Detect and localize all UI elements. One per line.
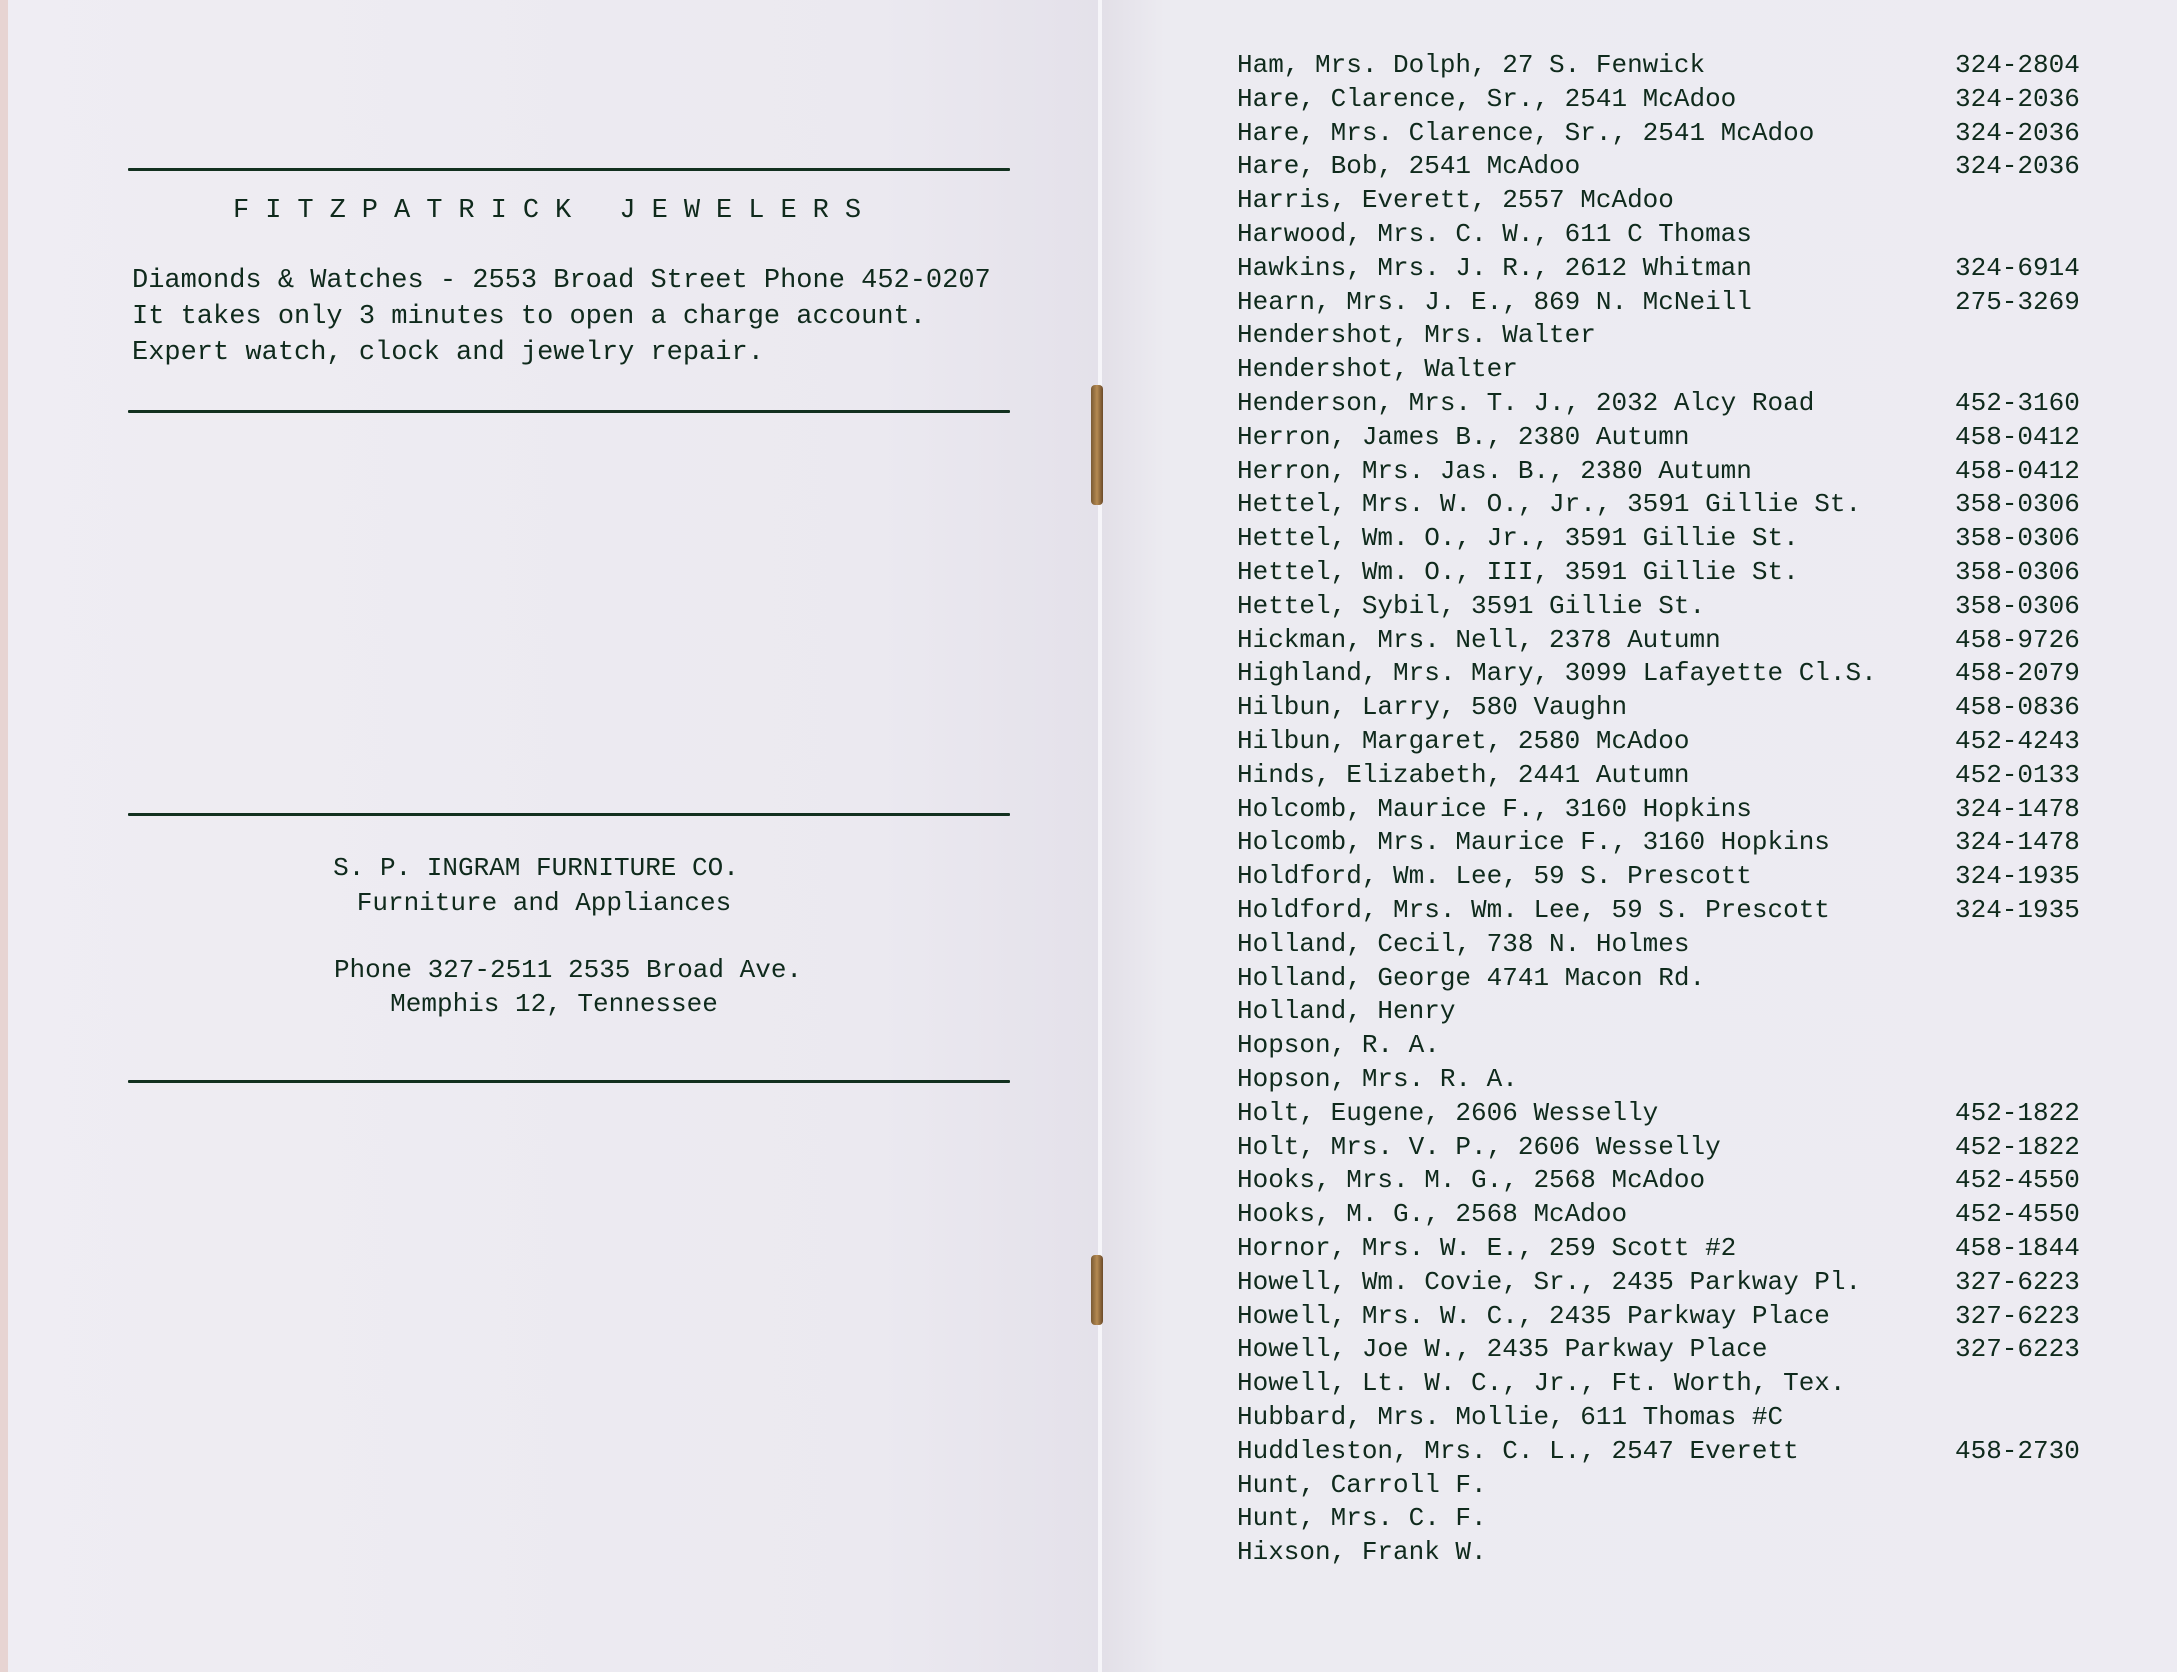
directory-row: Hare, Clarence, Sr., 2541 McAdoo324-2036 (1237, 84, 2117, 118)
directory-entry: Howell, Wm. Covie, Sr., 2435 Parkway Pl. (1237, 1267, 1861, 1297)
directory-entry: Holdford, Mrs. Wm. Lee, 59 S. Prescott (1237, 895, 1830, 925)
directory-entry: Ham, Mrs. Dolph, 27 S. Fenwick (1237, 50, 1705, 80)
directory-entry: Hettel, Wm. O., III, 3591 Gillie St. (1237, 557, 1799, 587)
directory-row: Highland, Mrs. Mary, 3099 Lafayette Cl.S… (1237, 658, 2117, 692)
directory-phone: 452-4550 (1955, 1199, 2080, 1229)
directory-phone: 452-1822 (1955, 1132, 2080, 1162)
directory-row: Holdford, Mrs. Wm. Lee, 59 S. Prescott32… (1237, 895, 2117, 929)
ad-line: Phone 327-2511 2535 Broad Ave. (18, 955, 1118, 985)
directory-row: Howell, Mrs. W. C., 2435 Parkway Place32… (1237, 1301, 2117, 1335)
directory-entry: Henderson, Mrs. T. J., 2032 Alcy Road (1237, 388, 1814, 418)
directory-phone: 458-1844 (1955, 1233, 2080, 1263)
left-page: FITZPATRICK JEWELERS Diamonds & Watches … (0, 0, 1100, 1672)
directory-entry: Holcomb, Maurice F., 3160 Hopkins (1237, 794, 1752, 824)
directory-entry: Hunt, Carroll F. (1237, 1470, 1487, 1500)
divider-rule (128, 1080, 1010, 1083)
directory-phone: 358-0306 (1955, 523, 2080, 553)
directory-row: Hooks, M. G., 2568 McAdoo452-4550 (1237, 1199, 2117, 1233)
directory-phone: 452-4243 (1955, 726, 2080, 756)
ad-title-fitzpatrick: FITZPATRICK JEWELERS (233, 196, 877, 226)
directory-row: Hickman, Mrs. Nell, 2378 Autumn458-9726 (1237, 625, 2117, 659)
directory-entry: Hubbard, Mrs. Mollie, 611 Thomas #C (1237, 1402, 1783, 1432)
directory-phone: 452-0133 (1955, 760, 2080, 790)
directory-entry: Howell, Lt. W. C., Jr., Ft. Worth, Tex. (1237, 1368, 1846, 1398)
directory-phone: 458-9726 (1955, 625, 2080, 655)
ad-title-ingram: S. P. INGRAM FURNITURE CO. (0, 853, 1086, 883)
divider-rule (128, 410, 1010, 413)
directory-entry: Hornor, Mrs. W. E., 259 Scott #2 (1237, 1233, 1736, 1263)
directory-entry: Hettel, Wm. O., Jr., 3591 Gillie St. (1237, 523, 1799, 553)
directory-phone: 327-6223 (1955, 1267, 2080, 1297)
directory-row: Henderson, Mrs. T. J., 2032 Alcy Road452… (1237, 388, 2117, 422)
directory-entry: Howell, Mrs. W. C., 2435 Parkway Place (1237, 1301, 1830, 1331)
directory-row: Holland, Cecil, 738 N. Holmes (1237, 929, 2117, 963)
directory-phone: 324-1478 (1955, 827, 2080, 857)
directory-entry: Hawkins, Mrs. J. R., 2612 Whitman (1237, 253, 1752, 283)
directory-phone: 324-2036 (1955, 151, 2080, 181)
directory-row: Hare, Bob, 2541 McAdoo324-2036 (1237, 151, 2117, 185)
directory-row: Herron, James B., 2380 Autumn458-0412 (1237, 422, 2117, 456)
directory-row: Holland, George 4741 Macon Rd. (1237, 963, 2117, 997)
directory-phone: 324-2804 (1955, 50, 2080, 80)
directory-entry: Huddleston, Mrs. C. L., 2547 Everett (1237, 1436, 1799, 1466)
directory-entry: Hixson, Frank W. (1237, 1537, 1487, 1567)
directory-phone: 327-6223 (1955, 1301, 2080, 1331)
directory-row: Hendershot, Mrs. Walter (1237, 320, 2117, 354)
directory-phone: 324-2036 (1955, 84, 2080, 114)
book-spine (1098, 0, 1102, 1672)
directory-row: Hinds, Elizabeth, 2441 Autumn452-0133 (1237, 760, 2117, 794)
directory-entry: Holland, Cecil, 738 N. Holmes (1237, 929, 1689, 959)
directory-phone: 458-0412 (1955, 456, 2080, 486)
directory-row: Herron, Mrs. Jas. B., 2380 Autumn458-041… (1237, 456, 2117, 490)
directory-entry: Holdford, Wm. Lee, 59 S. Prescott (1237, 861, 1752, 891)
directory-entry: Holt, Mrs. V. P., 2606 Wesselly (1237, 1132, 1721, 1162)
directory-phone: 358-0306 (1955, 591, 2080, 621)
directory-row: Hettel, Wm. O., Jr., 3591 Gillie St.358-… (1237, 523, 2117, 557)
directory-phone: 324-1935 (1955, 895, 2080, 925)
ad-line: Expert watch, clock and jewelry repair. (132, 338, 764, 368)
ad-line: Diamonds & Watches - 2553 Broad Street P… (132, 266, 991, 296)
directory-entry: Holt, Eugene, 2606 Wesselly (1237, 1098, 1658, 1128)
directory-entry: Hettel, Mrs. W. O., Jr., 3591 Gillie St. (1237, 489, 1861, 519)
directory-row: Holt, Mrs. V. P., 2606 Wesselly452-1822 (1237, 1132, 2117, 1166)
directory-phone: 324-2036 (1955, 118, 2080, 148)
directory-phone: 458-2730 (1955, 1436, 2080, 1466)
directory-row: Huddleston, Mrs. C. L., 2547 Everett458-… (1237, 1436, 2117, 1470)
directory-row: Hixson, Frank W. (1237, 1537, 2117, 1571)
directory-entry: Holcomb, Mrs. Maurice F., 3160 Hopkins (1237, 827, 1830, 857)
directory-entry: Hinds, Elizabeth, 2441 Autumn (1237, 760, 1689, 790)
directory-entry: Hooks, Mrs. M. G., 2568 McAdoo (1237, 1165, 1705, 1195)
directory-phone: 324-6914 (1955, 253, 2080, 283)
staple (1091, 385, 1103, 505)
directory-entry: Hooks, M. G., 2568 McAdoo (1237, 1199, 1627, 1229)
directory-entry: Hopson, R. A. (1237, 1030, 1440, 1060)
directory-entry: Hopson, Mrs. R. A. (1237, 1064, 1518, 1094)
directory-phone: 458-2079 (1955, 658, 2080, 688)
directory-entry: Holland, Henry (1237, 996, 1455, 1026)
directory-phone: 452-4550 (1955, 1165, 2080, 1195)
directory-row: Ham, Mrs. Dolph, 27 S. Fenwick324-2804 (1237, 50, 2117, 84)
directory-entry: Highland, Mrs. Mary, 3099 Lafayette Cl.S… (1237, 658, 1877, 688)
directory-row: Howell, Joe W., 2435 Parkway Place327-62… (1237, 1334, 2117, 1368)
directory-row: Hawkins, Mrs. J. R., 2612 Whitman324-691… (1237, 253, 2117, 287)
ad-line: Furniture and Appliances (0, 888, 1094, 918)
ad-line: It takes only 3 minutes to open a charge… (132, 302, 926, 332)
directory-phone: 324-1935 (1955, 861, 2080, 891)
directory-entry: Harwood, Mrs. C. W., 611 C Thomas (1237, 219, 1752, 249)
directory-entry: Hilbun, Margaret, 2580 McAdoo (1237, 726, 1689, 756)
directory-row: Hornor, Mrs. W. E., 259 Scott #2458-1844 (1237, 1233, 2117, 1267)
directory-row: Holcomb, Mrs. Maurice F., 3160 Hopkins32… (1237, 827, 2117, 861)
directory-row: Hunt, Mrs. C. F. (1237, 1503, 2117, 1537)
directory-row: Hettel, Wm. O., III, 3591 Gillie St.358-… (1237, 557, 2117, 591)
staple (1091, 1255, 1103, 1325)
directory-phone: 275-3269 (1955, 287, 2080, 317)
directory-row: Hunt, Carroll F. (1237, 1470, 2117, 1504)
directory-phone: 327-6223 (1955, 1334, 2080, 1364)
directory-entry: Howell, Joe W., 2435 Parkway Place (1237, 1334, 1768, 1364)
directory-entry: Herron, James B., 2380 Autumn (1237, 422, 1689, 452)
directory-row: Hendershot, Walter (1237, 354, 2117, 388)
ad-line: Memphis 12, Tennessee (4, 989, 1104, 1019)
directory-row: Hettel, Mrs. W. O., Jr., 3591 Gillie St.… (1237, 489, 2117, 523)
directory-row: Hilbun, Margaret, 2580 McAdoo452-4243 (1237, 726, 2117, 760)
directory-row: Hare, Mrs. Clarence, Sr., 2541 McAdoo324… (1237, 118, 2117, 152)
directory-row: Holdford, Wm. Lee, 59 S. Prescott324-193… (1237, 861, 2117, 895)
directory-row: Howell, Wm. Covie, Sr., 2435 Parkway Pl.… (1237, 1267, 2117, 1301)
directory-phone: 458-0412 (1955, 422, 2080, 452)
directory-row: Hooks, Mrs. M. G., 2568 McAdoo452-4550 (1237, 1165, 2117, 1199)
directory-entry: Hunt, Mrs. C. F. (1237, 1503, 1487, 1533)
directory-phone: 358-0306 (1955, 489, 2080, 519)
directory-entry: Hare, Bob, 2541 McAdoo (1237, 151, 1580, 181)
directory-entry: Hare, Clarence, Sr., 2541 McAdoo (1237, 84, 1736, 114)
divider-rule (128, 813, 1010, 816)
directory-entry: Hearn, Mrs. J. E., 869 N. McNeill (1237, 287, 1752, 317)
directory-phone: 358-0306 (1955, 557, 2080, 587)
directory-entry: Hare, Mrs. Clarence, Sr., 2541 McAdoo (1237, 118, 1814, 148)
directory-entry: Hilbun, Larry, 580 Vaughn (1237, 692, 1627, 722)
directory-entry: Hendershot, Walter (1237, 354, 1518, 384)
directory-phone: 324-1478 (1955, 794, 2080, 824)
directory-phone: 458-0836 (1955, 692, 2080, 722)
directory-row: Holland, Henry (1237, 996, 2117, 1030)
directory-row: Harwood, Mrs. C. W., 611 C Thomas (1237, 219, 2117, 253)
directory-row: Howell, Lt. W. C., Jr., Ft. Worth, Tex. (1237, 1368, 2117, 1402)
directory-entry: Hendershot, Mrs. Walter (1237, 320, 1596, 350)
directory-row: Hearn, Mrs. J. E., 869 N. McNeill275-326… (1237, 287, 2117, 321)
directory-row: Hubbard, Mrs. Mollie, 611 Thomas #C (1237, 1402, 2117, 1436)
directory-phone: 452-3160 (1955, 388, 2080, 418)
directory-entry: Herron, Mrs. Jas. B., 2380 Autumn (1237, 456, 1752, 486)
directory-row: Holt, Eugene, 2606 Wesselly452-1822 (1237, 1098, 2117, 1132)
directory-row: Hopson, Mrs. R. A. (1237, 1064, 2117, 1098)
directory-row: Hilbun, Larry, 580 Vaughn458-0836 (1237, 692, 2117, 726)
directory-row: Hopson, R. A. (1237, 1030, 2117, 1064)
directory-entry: Hickman, Mrs. Nell, 2378 Autumn (1237, 625, 1721, 655)
directory-phone: 452-1822 (1955, 1098, 2080, 1128)
directory-entry: Harris, Everett, 2557 McAdoo (1237, 185, 1674, 215)
directory-entry: Holland, George 4741 Macon Rd. (1237, 963, 1705, 993)
directory-entry: Hettel, Sybil, 3591 Gillie St. (1237, 591, 1705, 621)
divider-rule (128, 168, 1010, 171)
directory-row: Holcomb, Maurice F., 3160 Hopkins324-147… (1237, 794, 2117, 828)
directory-row: Hettel, Sybil, 3591 Gillie St.358-0306 (1237, 591, 2117, 625)
directory-row: Harris, Everett, 2557 McAdoo (1237, 185, 2117, 219)
